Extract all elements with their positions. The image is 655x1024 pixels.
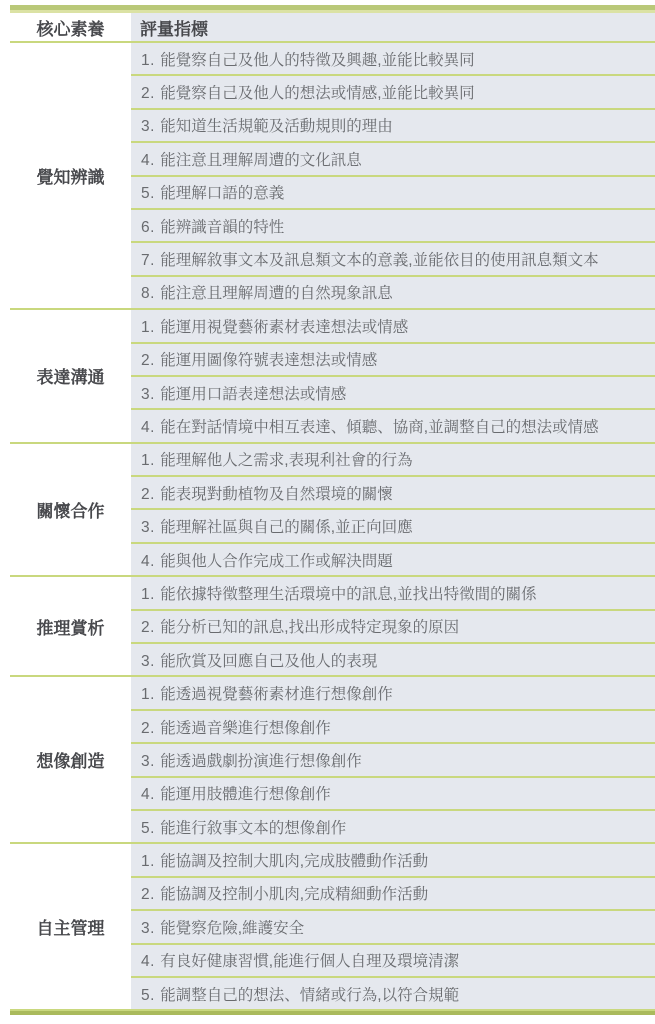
indicator-text: 能運用口語表達想法或情感 xyxy=(156,386,346,403)
indicator-cell: 3. 能理解社區與自己的關係,並正向回應 xyxy=(131,509,655,542)
indicator-cell: 4. 能注意且理解周遭的文化訊息 xyxy=(131,142,655,175)
indicator-text: 能運用圖像符號表達想法或情感 xyxy=(156,352,377,369)
indicator-text: 能透過視覺藝術素材進行想像創作 xyxy=(156,686,393,703)
indicator-text: 能分析已知的訊息,找出形成特定現象的原因 xyxy=(156,619,459,636)
indicator-cell: 2. 能透過音樂進行想像創作 xyxy=(131,710,655,743)
assessment-indicator-table: 核心素養 評量指標 覺知辨識1. 能覺察自己及他人的特徵及興趣,並能比較異同2.… xyxy=(10,13,655,1009)
indicator-cell: 2. 能分析已知的訊息,找出形成特定現象的原因 xyxy=(131,610,655,643)
header-row: 核心素養 評量指標 xyxy=(10,13,655,42)
indicator-cell: 1. 能協調及控制大肌肉,完成肢體動作活動 xyxy=(131,843,655,876)
document-page: 核心素養 評量指標 覺知辨識1. 能覺察自己及他人的特徵及興趣,並能比較異同2.… xyxy=(0,0,655,1024)
indicator-cell: 3. 能運用口語表達想法或情感 xyxy=(131,376,655,409)
indicator-text: 能運用肢體進行想像創作 xyxy=(156,786,331,803)
indicator-cell: 1. 能理解他人之需求,表現利社會的行為 xyxy=(131,443,655,476)
indicator-number: 4. xyxy=(141,553,156,571)
indicator-cell: 4. 能與他人合作完成工作或解決問題 xyxy=(131,543,655,576)
indicator-cell: 3. 能覺察危險,維護安全 xyxy=(131,910,655,943)
indicator-number: 4. xyxy=(141,419,156,437)
indicator-text: 能理解社區與自己的關係,並正向回應 xyxy=(156,519,413,536)
indicator-number: 1. xyxy=(141,52,156,70)
indicator-cell: 2. 能覺察自己及他人的想法或情感,並能比較異同 xyxy=(131,75,655,108)
section-first-row: 推理賞析1. 能依據特徵整理生活環境中的訊息,並找出特徵間的關係 xyxy=(10,576,655,609)
indicator-cell: 7. 能理解敘事文本及訊息類文本的意義,並能依目的使用訊息類文本 xyxy=(131,242,655,275)
indicator-cell: 5. 能進行敘事文本的想像創作 xyxy=(131,810,655,843)
indicator-cell: 2. 能協調及控制小肌肉,完成精細動作活動 xyxy=(131,877,655,910)
indicator-number: 5. xyxy=(141,987,156,1005)
category-cell: 表達溝通 xyxy=(10,309,131,443)
indicator-number: 2. xyxy=(141,619,156,637)
category-cell: 自主管理 xyxy=(10,843,131,1009)
indicator-cell: 4. 能在對話情境中相互表達、傾聽、協商,並調整自己的想法或情感 xyxy=(131,409,655,442)
indicator-cell: 1. 能透過視覺藝術素材進行想像創作 xyxy=(131,676,655,709)
indicator-cell: 8. 能注意且理解周遭的自然現象訊息 xyxy=(131,276,655,309)
indicator-number: 4. xyxy=(141,152,156,170)
indicator-text: 能透過音樂進行想像創作 xyxy=(156,720,331,737)
indicator-cell: 2. 能表現對動植物及自然環境的關懷 xyxy=(131,476,655,509)
section-first-row: 自主管理1. 能協調及控制大肌肉,完成肢體動作活動 xyxy=(10,843,655,876)
indicator-number: 2. xyxy=(141,352,156,370)
indicator-number: 1. xyxy=(141,586,156,604)
indicator-text: 能辨識音韻的特性 xyxy=(156,219,284,236)
indicator-number: 3. xyxy=(141,519,156,537)
competency-table: 核心素養 評量指標 覺知辨識1. 能覺察自己及他人的特徵及興趣,並能比較異同2.… xyxy=(10,5,655,1015)
indicator-text: 能理解他人之需求,表現利社會的行為 xyxy=(156,452,413,469)
indicator-text: 能運用視覺藝術素材表達想法或情感 xyxy=(156,319,408,336)
header-assessment-indicator: 評量指標 xyxy=(131,13,655,42)
indicator-text: 能覺察自己及他人的特徵及興趣,並能比較異同 xyxy=(156,52,475,69)
indicator-cell: 1. 能依據特徵整理生活環境中的訊息,並找出特徵間的關係 xyxy=(131,576,655,609)
indicator-number: 5. xyxy=(141,820,156,838)
indicator-number: 4. xyxy=(141,786,156,804)
indicator-number: 1. xyxy=(141,319,156,337)
indicator-number: 3. xyxy=(141,753,156,771)
indicator-number: 2. xyxy=(141,85,156,103)
indicator-text: 能知道生活規範及活動規則的理由 xyxy=(156,118,393,135)
indicator-text: 能欣賞及回應自己及他人的表現 xyxy=(156,653,377,670)
indicator-cell: 1. 能運用視覺藝術素材表達想法或情感 xyxy=(131,309,655,342)
table-bottom-border-dark xyxy=(10,1011,655,1015)
indicator-text: 能覺察危險,維護安全 xyxy=(156,920,304,937)
indicator-cell: 1. 能覺察自己及他人的特徵及興趣,並能比較異同 xyxy=(131,42,655,75)
indicator-number: 6. xyxy=(141,219,156,237)
indicator-number: 3. xyxy=(141,118,156,136)
indicator-number: 2. xyxy=(141,886,156,904)
indicator-text: 能協調及控制小肌肉,完成精細動作活動 xyxy=(156,886,428,903)
indicator-text: 能表現對動植物及自然環境的關懷 xyxy=(156,486,393,503)
indicator-text: 能與他人合作完成工作或解決問題 xyxy=(156,553,393,570)
indicator-cell: 4. 能運用肢體進行想像創作 xyxy=(131,777,655,810)
indicator-text: 能理解敘事文本及訊息類文本的意義,並能依目的使用訊息類文本 xyxy=(156,252,599,269)
category-cell: 推理賞析 xyxy=(10,576,131,676)
indicator-number: 5. xyxy=(141,185,156,203)
indicator-number: 3. xyxy=(141,653,156,671)
indicator-text: 能依據特徵整理生活環境中的訊息,並找出特徵間的關係 xyxy=(156,586,537,603)
section-first-row: 關懷合作1. 能理解他人之需求,表現利社會的行為 xyxy=(10,443,655,476)
indicator-number: 7. xyxy=(141,252,156,270)
indicator-cell: 2. 能運用圖像符號表達想法或情感 xyxy=(131,343,655,376)
indicator-text: 能理解口語的意義 xyxy=(156,185,284,202)
section-first-row: 覺知辨識1. 能覺察自己及他人的特徵及興趣,並能比較異同 xyxy=(10,42,655,75)
category-cell: 覺知辨識 xyxy=(10,42,131,309)
indicator-cell: 6. 能辨識音韻的特性 xyxy=(131,209,655,242)
indicator-text: 能注意且理解周遭的文化訊息 xyxy=(156,152,362,169)
indicator-text: 能協調及控制大肌肉,完成肢體動作活動 xyxy=(156,853,428,870)
table-body: 覺知辨識1. 能覺察自己及他人的特徵及興趣,並能比較異同2. 能覺察自己及他人的… xyxy=(10,42,655,1009)
indicator-cell: 5. 能調整自己的想法、情緒或行為,以符合規範 xyxy=(131,977,655,1009)
indicator-text: 能透過戲劇扮演進行想像創作 xyxy=(156,753,362,770)
category-cell: 想像創造 xyxy=(10,676,131,843)
indicator-text: 能注意且理解周遭的自然現象訊息 xyxy=(156,285,393,302)
indicator-number: 2. xyxy=(141,486,156,504)
indicator-number: 3. xyxy=(141,386,156,404)
header-core-competency: 核心素養 xyxy=(10,13,131,42)
category-cell: 關懷合作 xyxy=(10,443,131,577)
indicator-cell: 4. 有良好健康習慣,能進行個人自理及環境清潔 xyxy=(131,944,655,977)
indicator-cell: 3. 能透過戲劇扮演進行想像創作 xyxy=(131,743,655,776)
indicator-cell: 5. 能理解口語的意義 xyxy=(131,176,655,209)
indicator-text: 能調整自己的想法、情緒或行為,以符合規範 xyxy=(156,987,459,1004)
indicator-number: 3. xyxy=(141,920,156,938)
indicator-number: 4. xyxy=(141,953,156,971)
indicator-cell: 3. 能欣賞及回應自己及他人的表現 xyxy=(131,643,655,676)
indicator-number: 2. xyxy=(141,720,156,738)
section-first-row: 想像創造1. 能透過視覺藝術素材進行想像創作 xyxy=(10,676,655,709)
indicator-number: 1. xyxy=(141,686,156,704)
indicator-number: 1. xyxy=(141,853,156,871)
indicator-text: 能進行敘事文本的想像創作 xyxy=(156,820,346,837)
indicator-text: 能在對話情境中相互表達、傾聽、協商,並調整自己的想法或情感 xyxy=(156,419,599,436)
indicator-text: 有良好健康習慣,能進行個人自理及環境清潔 xyxy=(156,953,459,970)
indicator-number: 8. xyxy=(141,285,156,303)
indicator-text: 能覺察自己及他人的想法或情感,並能比較異同 xyxy=(156,85,475,102)
indicator-cell: 3. 能知道生活規範及活動規則的理由 xyxy=(131,109,655,142)
indicator-number: 1. xyxy=(141,452,156,470)
section-first-row: 表達溝通1. 能運用視覺藝術素材表達想法或情感 xyxy=(10,309,655,342)
